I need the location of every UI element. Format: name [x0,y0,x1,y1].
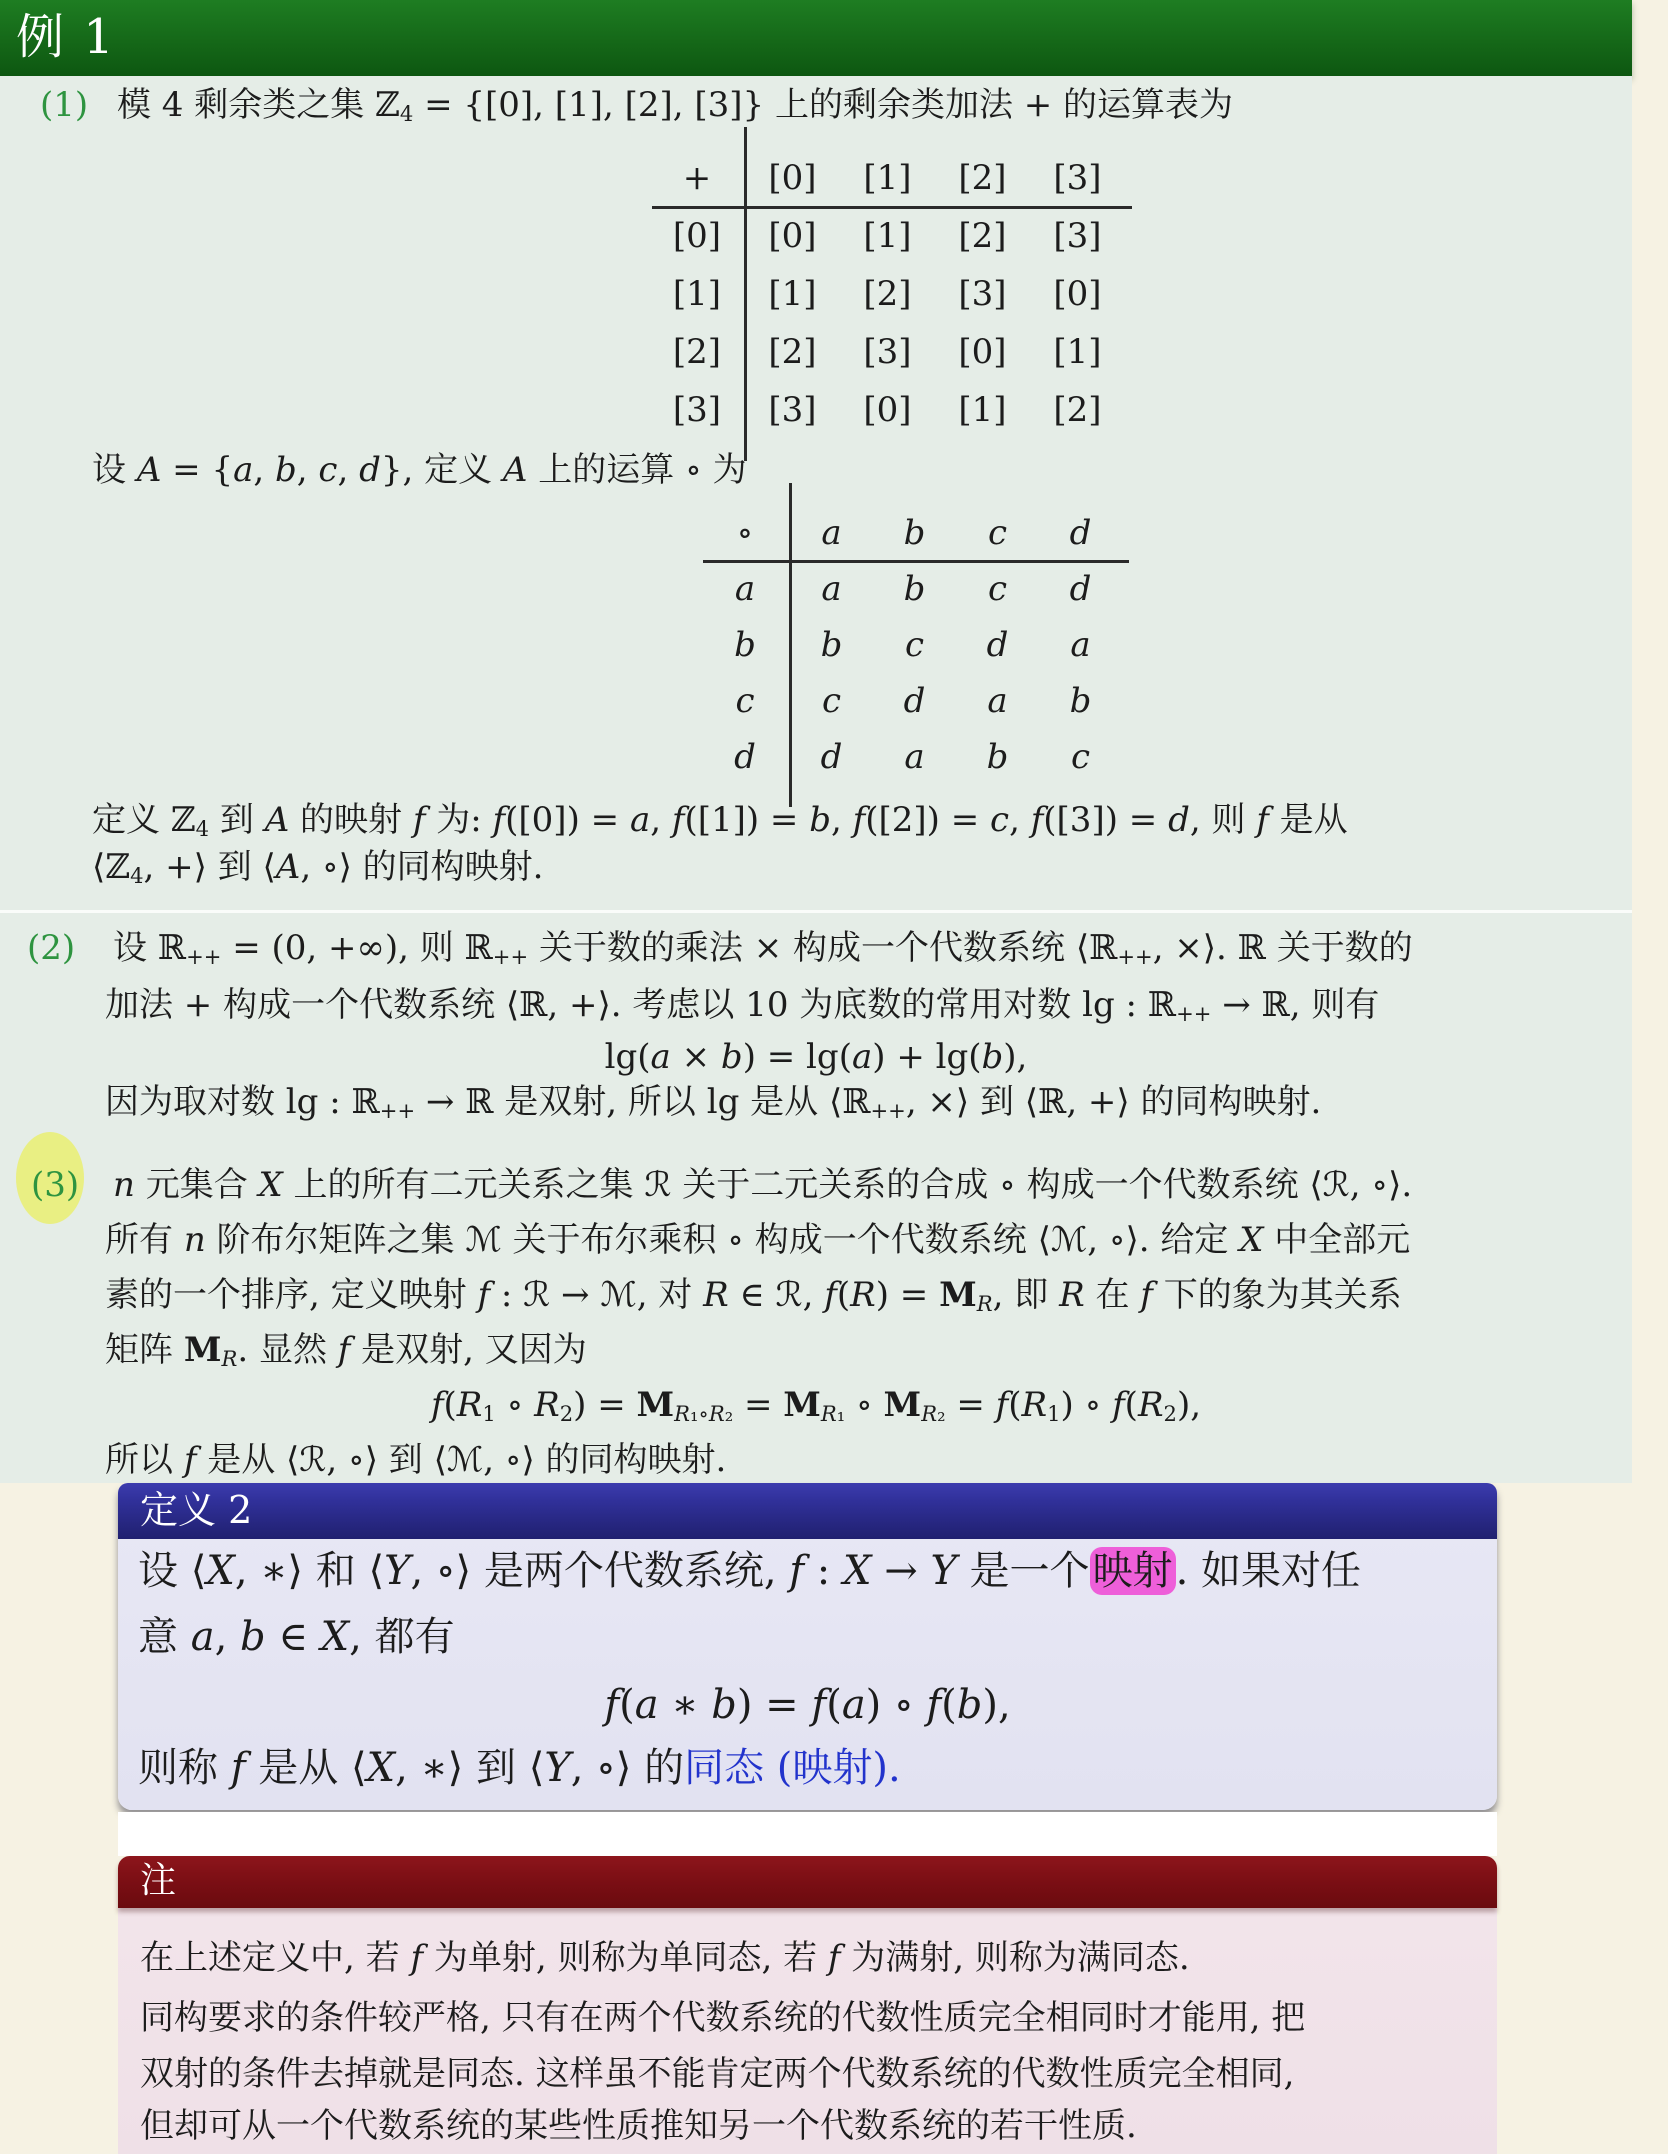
table-cell: [3] [649,381,745,439]
table-cell: c [700,673,790,729]
table-row: ddabc [700,729,1122,785]
table-cell: [2] [935,149,1030,207]
section-divider [0,910,1632,913]
table-cell: [0] [649,207,745,265]
table-cell: [3] [935,265,1030,323]
note-line1: 在上述定义中, 若 f 为单射, 则称为单同态, 若 f 为满射, 则称为满同态… [140,1935,1190,1981]
item2-marker: (2) [27,926,75,970]
box-gap-band [118,1812,1497,1856]
table-row: +[0][1][2][3] [649,149,1125,207]
a-operation-table: ∘abcdaabcdbbcdaccdabddabc [700,505,1122,785]
table-cell: [2] [649,323,745,381]
table-cell: b [700,617,790,673]
table-row: aabcd [700,561,1122,617]
table-cell: a [1039,617,1122,673]
z4-addition-table: +[0][1][2][3][0][0][1][2][3][1][1][2][3]… [649,149,1125,439]
item3-formula: f(R1 ∘ R2) = MR₁∘R₂ = MR₁ ∘ MR₂ = f(R1) … [0,1383,1632,1427]
table-cell: + [649,149,745,207]
item3-line4: 矩阵 MR. 显然 f 是双射, 又因为 [105,1328,587,1372]
table-cell: [0] [1030,265,1125,323]
table-row: [2][2][3][0][1] [649,323,1125,381]
table-cell: b [873,561,956,617]
table-cell: [1] [745,265,840,323]
table-cell: [0] [745,207,840,265]
item2-line1: 设 ℝ++ = (0, +∞), 则 ℝ++ 关于数的乘法 × 构成一个代数系统… [113,926,1413,970]
table-row: ccdab [700,673,1122,729]
item3-line1: n 元集合 X 上的所有二元关系之集 ℛ 关于二元关系的合成 ∘ 构成一个代数系… [113,1163,1412,1207]
item3-line3: 素的一个排序, 定义映射 f : ℛ → ℳ, 对 R ∈ ℛ, f(R) = … [105,1273,1402,1317]
table-cell: b [956,729,1039,785]
note-line3: 双射的条件去掉就是同态. 这样虽不能肯定两个代数系统的代数性质完全相同, [140,2051,1294,2097]
table-cell: [3] [1030,207,1125,265]
definition-box-header: 定义 2 [118,1483,1497,1539]
table-cell: b [1039,673,1122,729]
table-cell: [2] [745,323,840,381]
table-cell: [3] [840,323,935,381]
item1-marker: (1) [40,85,88,125]
table-cell: d [956,617,1039,673]
definition-formula: f(a ∗ b) = f(a) ∘ f(b), [118,1679,1497,1731]
table-row: [3][3][0][1][2] [649,381,1125,439]
table-cell: a [790,561,873,617]
item1-map-line2: ⟨ℤ4, +⟩ 到 ⟨A, ∘⟩ 的同构映射. [92,845,544,889]
note-line4: 但却可从一个代数系统的某些性质推知另一个代数系统的若干性质. [140,2103,1137,2149]
note-box-header: 注 [118,1856,1497,1908]
table-cell: c [956,505,1039,561]
table-cell: c [790,673,873,729]
example-header-bar: 例 1 [0,0,1632,76]
table-cell: [2] [840,265,935,323]
table-cell: [1] [840,149,935,207]
item3-line2: 所有 n 阶布尔矩阵之集 ℳ 关于布尔乘积 ∘ 构成一个代数系统 ⟨ℳ, ∘⟩.… [105,1218,1410,1262]
slide-canvas: 例 1 (1) 模 4 剩余类之集 ℤ4 = {[0], [1], [2], [… [0,0,1668,2154]
item1-intro-line: (1) 模 4 剩余类之集 ℤ4 = {[0], [1], [2], [3]} … [40,83,1233,127]
note-title: 注 [118,1856,1497,1906]
item1-intro-text: 模 4 剩余类之集 ℤ4 = {[0], [1], [2], [3]} 上的剩余… [99,85,1233,125]
note-line2: 同构要求的条件较严格, 只有在两个代数系统的代数性质完全相同时才能用, 把 [140,1995,1305,2041]
table-cell: [2] [935,207,1030,265]
table-row: [0][0][1][2][3] [649,207,1125,265]
table-cell: d [1039,505,1122,561]
table-cell: [0] [840,381,935,439]
a-table-horizontal-rule [703,560,1129,563]
table-cell: [3] [745,381,840,439]
table-cell: b [873,505,956,561]
table-cell: [0] [935,323,1030,381]
table-cell: d [790,729,873,785]
example-title: 例 1 [0,0,1632,74]
definition-line3: 则称 f 是从 ⟨X, ∗⟩ 到 ⟨Y, ∘⟩ 的同态 (映射). [138,1742,901,1794]
table-cell: [3] [1030,149,1125,207]
table-cell: a [790,505,873,561]
table-cell: ∘ [700,505,790,561]
definition-title: 定义 2 [118,1483,1497,1537]
item1-map-line1: 定义 ℤ4 到 A 的映射 f 为: f([0]) = a, f([1]) = … [92,798,1348,842]
table-cell: d [873,673,956,729]
table-cell: c [873,617,956,673]
item3-line5: 所以 f 是从 ⟨ℛ, ∘⟩ 到 ⟨ℳ, ∘⟩ 的同构映射. [105,1438,726,1482]
item3-marker: (3) [31,1163,79,1207]
table-cell: c [956,561,1039,617]
table-row: [1][1][2][3][0] [649,265,1125,323]
table-cell: [0] [745,149,840,207]
definition-line1: 设 ⟨X, ∗⟩ 和 ⟨Y, ∘⟩ 是两个代数系统, f : X → Y 是一个… [138,1545,1361,1597]
z4-table-horizontal-rule [652,206,1132,209]
table-row: bbcda [700,617,1122,673]
item2-formula: lg(a × b) = lg(a) + lg(b), [0,1035,1632,1079]
item2-line3: 因为取对数 lg : ℝ++ → ℝ 是双射, 所以 lg 是从 ⟨ℝ++, ×… [105,1080,1321,1124]
z4-table-vertical-rule [744,127,747,461]
table-row: ∘abcd [700,505,1122,561]
table-cell: [1] [935,381,1030,439]
table-cell: [1] [1030,323,1125,381]
table-cell: a [873,729,956,785]
table-cell: d [700,729,790,785]
item1-set-line: 设 A = {a, b, c, d}, 定义 A 上的运算 ∘ 为 [92,448,747,492]
table-cell: c [1039,729,1122,785]
table-cell: [1] [649,265,745,323]
a-table-vertical-rule [789,483,792,807]
definition-line2: 意 a, b ∈ X, 都有 [138,1611,455,1663]
table-cell: a [956,673,1039,729]
table-cell: d [1039,561,1122,617]
item2-line2: 加法 + 构成一个代数系统 ⟨ℝ, +⟩. 考虑以 10 为底数的常用对数 lg… [105,983,1379,1027]
table-cell: [1] [840,207,935,265]
table-cell: b [790,617,873,673]
table-cell: a [700,561,790,617]
table-cell: [2] [1030,381,1125,439]
